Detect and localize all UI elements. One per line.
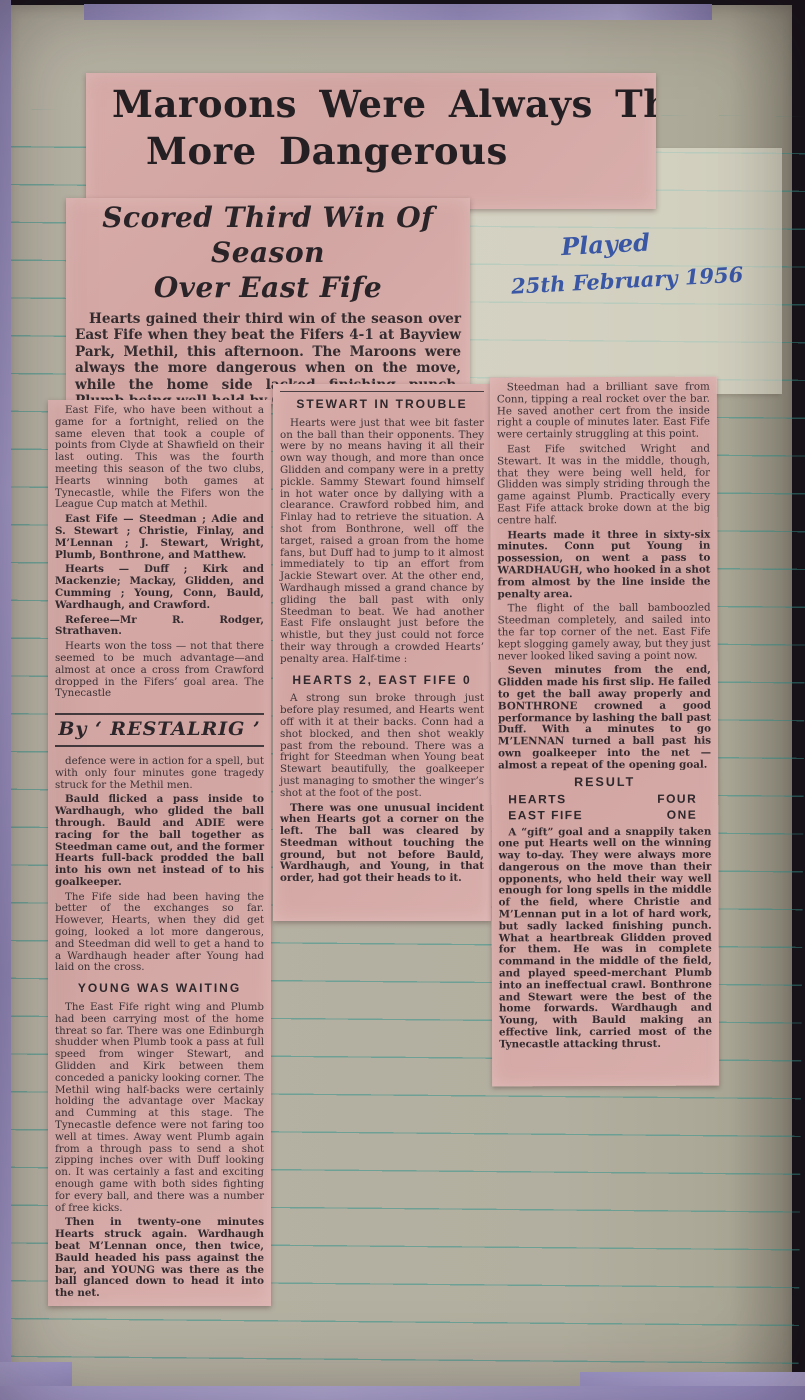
result-score: ONE xyxy=(667,806,698,822)
column-1-text: East Fife, who have been without a game … xyxy=(48,400,271,1306)
subheadline-line-2: Over East Fife xyxy=(66,270,470,305)
article-paragraph: Seven minutes from the end, Glidden made… xyxy=(498,665,711,772)
section-heading: STEWART IN TROUBLE xyxy=(280,391,484,411)
result-block: RESULTHEARTSFOUREAST FIFEONE xyxy=(498,774,711,823)
article-paragraph: There was one unusual incident when Hear… xyxy=(280,803,484,886)
scrapbook-photo: { "handwriting": { "line1": "Played", "l… xyxy=(0,0,805,1400)
article-paragraph: East Fife switched Wright and Stewart. I… xyxy=(497,444,710,527)
article-paragraph: The flight of the ball bamboozled Steedm… xyxy=(498,603,711,663)
article-paragraph: Hearts made it three in sixty-six minute… xyxy=(497,529,710,601)
article-paragraph: Then in twenty-one minutes Hearts struck… xyxy=(55,1217,264,1300)
section-heading: HEARTS 2, EAST FIFE 0 xyxy=(280,675,484,687)
newspaper-clipping-column-3: Steedman had a brilliant save from Conn,… xyxy=(490,377,719,1087)
section-heading: YOUNG WAS WAITING xyxy=(55,983,264,995)
article-paragraph: East Fife, who have been without a game … xyxy=(55,405,264,511)
article-paragraph: The East Fife right wing and Plumb had b… xyxy=(55,1002,264,1214)
subheadline-line-1: Scored Third Win Of Season xyxy=(66,200,470,270)
result-team: EAST FIFE xyxy=(508,807,583,823)
article-paragraph: The Fife side had been having the better… xyxy=(55,892,264,975)
article-paragraph: Hearts were just that wee bit faster on … xyxy=(280,418,484,666)
headline: Maroons Were Always The More Dangerous xyxy=(86,73,656,176)
newspaper-clipping-subhead: Scored Third Win Of Season Over East Fif… xyxy=(66,198,470,404)
newspaper-clipping-column-2: STEWART IN TROUBLEHearts were just that … xyxy=(273,384,491,921)
handwritten-date: Played 25th February 1956 xyxy=(509,221,772,299)
article-paragraph: Steedman had a brilliant save from Conn,… xyxy=(497,382,710,442)
column-2-text: STEWART IN TROUBLEHearts were just that … xyxy=(273,384,491,893)
newspaper-clipping-headline: Maroons Were Always The More Dangerous xyxy=(86,73,656,209)
article-paragraph: Bauld flicked a pass inside to Wardhaugh… xyxy=(55,794,264,888)
article-paragraph: Hearts — Duff ; Kirk and Mackenzie; Mack… xyxy=(55,564,264,611)
result-row: EAST FIFEONE xyxy=(498,806,711,823)
subheadline: Scored Third Win Of Season Over East Fif… xyxy=(66,198,470,305)
column-3-text: Steedman had a brilliant save from Conn,… xyxy=(490,377,719,1059)
result-title: RESULT xyxy=(498,774,711,789)
article-paragraph: A strong sun broke through just before p… xyxy=(280,693,484,799)
article-paragraph: Referee—Mr R. Rodger, Strathaven. xyxy=(55,615,264,639)
article-paragraph: Hearts won the toss — not that there see… xyxy=(55,641,264,700)
headline-line-1: Maroons Were Always The xyxy=(112,81,646,128)
article-paragraph: A “gift” goal and a snappily taken one p… xyxy=(498,826,712,1051)
article-paragraph: defence were in action for a spell, but … xyxy=(55,756,264,791)
result-row: HEARTSFOUR xyxy=(498,790,711,807)
byline: By ‘ RESTALRIG ’ xyxy=(55,713,264,747)
result-score: FOUR xyxy=(657,790,697,806)
article-paragraph: East Fife — Steedman ; Adie and S. Stewa… xyxy=(55,514,264,561)
headline-line-2: More Dangerous xyxy=(112,128,646,175)
newspaper-clipping-column-1: East Fife, who have been without a game … xyxy=(48,400,271,1306)
result-team: HEARTS xyxy=(508,791,566,807)
